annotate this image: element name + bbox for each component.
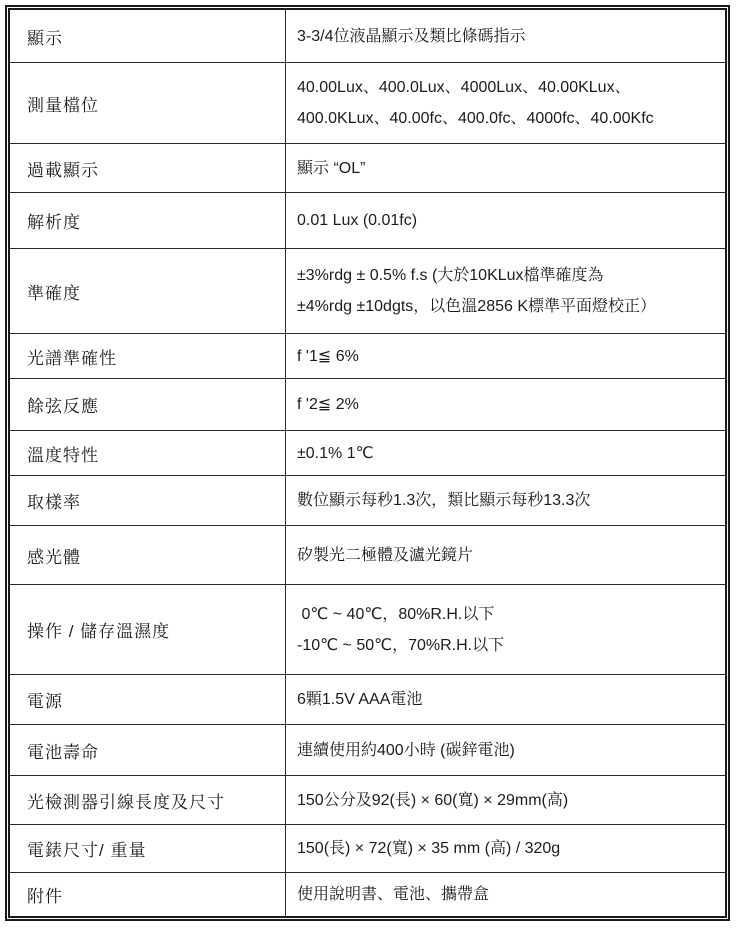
spec-value-line: 0.01 Lux (0.01fc) xyxy=(297,205,715,236)
spec-label: 電錶尺寸/ 重量 xyxy=(10,825,286,872)
spec-label: 附件 xyxy=(10,873,286,916)
spec-table: 顯示3-3/4位液晶顯示及類比條碼指示測量檔位40.00Lux、400.0Lux… xyxy=(5,5,730,921)
spec-value-line: ±0.1% 1℃ xyxy=(297,438,715,469)
spec-row: 餘弦反應f '2≦ 2% xyxy=(10,378,725,430)
spec-value-line: 0℃ ~ 40℃，80%R.H.以下 xyxy=(297,599,715,630)
spec-label: 準確度 xyxy=(10,249,286,333)
spec-row: 光檢測器引線長度及尺寸150公分及92(長) × 60(寬) × 29mm(高) xyxy=(10,775,725,824)
spec-value-line: ±3%rdg ± 0.5% f.s (大於10KLux檔準確度為 xyxy=(297,260,715,291)
spec-value-line: ±4%rdg ±10dgts，以色溫2856 K標準平面燈校正） xyxy=(297,291,715,322)
spec-row: 顯示3-3/4位液晶顯示及類比條碼指示 xyxy=(10,10,725,62)
spec-label: 取樣率 xyxy=(10,476,286,525)
spec-label: 解析度 xyxy=(10,193,286,248)
spec-value-line: 連續使用約400小時 (碳鋅電池) xyxy=(297,735,715,766)
spec-value: 150公分及92(長) × 60(寬) × 29mm(高) xyxy=(286,776,725,824)
spec-label: 光檢測器引線長度及尺寸 xyxy=(10,776,286,824)
spec-label: 餘弦反應 xyxy=(10,379,286,430)
spec-sheet-page: 顯示3-3/4位液晶顯示及類比條碼指示測量檔位40.00Lux、400.0Lux… xyxy=(0,0,750,936)
spec-label: 測量檔位 xyxy=(10,63,286,143)
spec-row: 附件使用說明書、電池、攜帶盒 xyxy=(10,872,725,916)
spec-label: 感光體 xyxy=(10,526,286,584)
spec-row: 準確度±3%rdg ± 0.5% f.s (大於10KLux檔準確度為±4%rd… xyxy=(10,248,725,333)
spec-value: 6顆1.5V AAA電池 xyxy=(286,675,725,724)
spec-value: ±0.1% 1℃ xyxy=(286,431,725,475)
spec-row: 電源6顆1.5V AAA電池 xyxy=(10,674,725,724)
spec-row: 光譜準確性f '1≦ 6% xyxy=(10,333,725,378)
spec-label: 電源 xyxy=(10,675,286,724)
spec-value: 使用說明書、電池、攜帶盒 xyxy=(286,873,725,916)
spec-value-line: 數位顯示每秒1.3次，類比顯示每秒13.3次 xyxy=(297,485,715,516)
spec-value-line: 矽製光二極體及瀘光鏡片 xyxy=(297,540,715,571)
spec-label: 操作 / 儲存溫濕度 xyxy=(10,585,286,674)
spec-value: 40.00Lux、400.0Lux、4000Lux、40.00KLux、400.… xyxy=(286,63,725,143)
spec-value: 連續使用約400小時 (碳鋅電池) xyxy=(286,725,725,775)
spec-label: 過載顯示 xyxy=(10,144,286,192)
spec-row: 操作 / 儲存溫濕度 0℃ ~ 40℃，80%R.H.以下-10℃ ~ 50℃，… xyxy=(10,584,725,674)
spec-value-line: 顯示 “OL” xyxy=(297,153,715,184)
spec-value-line: 40.00Lux、400.0Lux、4000Lux、40.00KLux、 xyxy=(297,72,715,103)
spec-row: 溫度特性±0.1% 1℃ xyxy=(10,430,725,475)
spec-row: 取樣率數位顯示每秒1.3次，類比顯示每秒13.3次 xyxy=(10,475,725,525)
spec-label: 溫度特性 xyxy=(10,431,286,475)
spec-value: 數位顯示每秒1.3次，類比顯示每秒13.3次 xyxy=(286,476,725,525)
spec-value-line: f '2≦ 2% xyxy=(297,389,715,420)
spec-row: 電池壽命連續使用約400小時 (碳鋅電池) xyxy=(10,724,725,775)
spec-value-line: f '1≦ 6% xyxy=(297,341,715,372)
spec-value-line: 400.0KLux、40.00fc、400.0fc、4000fc、40.00Kf… xyxy=(297,103,715,134)
spec-label: 顯示 xyxy=(10,10,286,62)
spec-value-line: 使用說明書、電池、攜帶盒 xyxy=(297,879,715,910)
spec-value: 0℃ ~ 40℃，80%R.H.以下-10℃ ~ 50℃，70%R.H.以下 xyxy=(286,585,725,674)
spec-value: 0.01 Lux (0.01fc) xyxy=(286,193,725,248)
spec-value: 3-3/4位液晶顯示及類比條碼指示 xyxy=(286,10,725,62)
spec-value-line: 150公分及92(長) × 60(寬) × 29mm(高) xyxy=(297,785,715,816)
spec-row: 過載顯示顯示 “OL” xyxy=(10,143,725,192)
spec-row: 感光體矽製光二極體及瀘光鏡片 xyxy=(10,525,725,584)
spec-label: 光譜準確性 xyxy=(10,334,286,378)
spec-row: 電錶尺寸/ 重量150(長) × 72(寬) × 35 mm (高) / 320… xyxy=(10,824,725,872)
spec-value: 150(長) × 72(寬) × 35 mm (高) / 320g xyxy=(286,825,725,872)
spec-value-line: 6顆1.5V AAA電池 xyxy=(297,684,715,715)
spec-value: f '1≦ 6% xyxy=(286,334,725,378)
spec-row: 測量檔位40.00Lux、400.0Lux、4000Lux、40.00KLux、… xyxy=(10,62,725,143)
spec-row: 解析度0.01 Lux (0.01fc) xyxy=(10,192,725,248)
spec-value: 顯示 “OL” xyxy=(286,144,725,192)
spec-value-line: 150(長) × 72(寬) × 35 mm (高) / 320g xyxy=(297,833,715,864)
spec-value-line: 3-3/4位液晶顯示及類比條碼指示 xyxy=(297,21,715,52)
spec-value-line: -10℃ ~ 50℃，70%R.H.以下 xyxy=(297,630,715,661)
spec-label: 電池壽命 xyxy=(10,725,286,775)
spec-value: ±3%rdg ± 0.5% f.s (大於10KLux檔準確度為±4%rdg ±… xyxy=(286,249,725,333)
spec-value: f '2≦ 2% xyxy=(286,379,725,430)
spec-value: 矽製光二極體及瀘光鏡片 xyxy=(286,526,725,584)
